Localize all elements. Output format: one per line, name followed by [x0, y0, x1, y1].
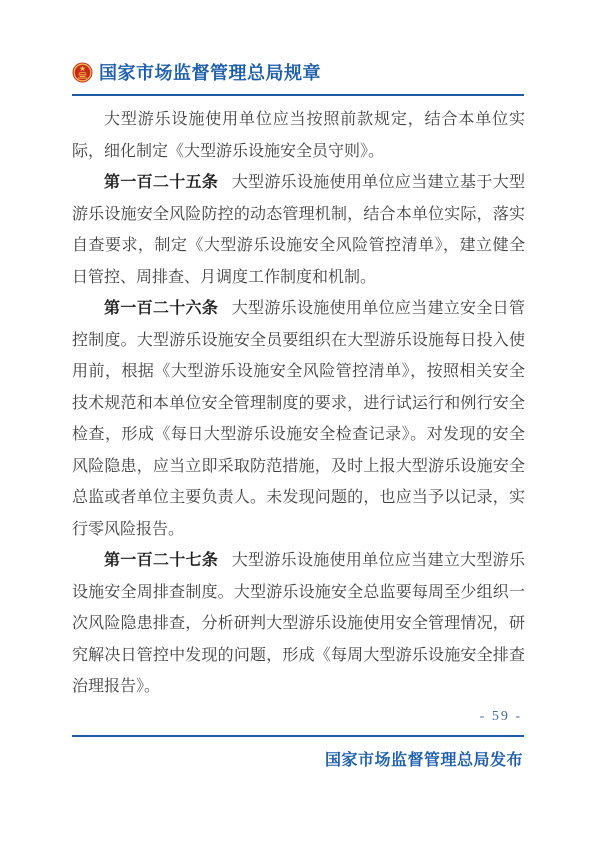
page-header: 国家市场监督管理总局规章	[72, 59, 525, 85]
article-number: 第一百二十五条	[104, 174, 218, 191]
paragraph-text: 大型游乐设施使用单位应当建立安全日管控制度。大型游乐设施安全员要组织在大型游乐设…	[72, 300, 525, 538]
paragraph: 大型游乐设施使用单位应当按照前款规定，结合本单位实际，细化制定《大型游乐设施安全…	[72, 104, 525, 167]
article-number: 第一百二十七条	[104, 552, 218, 569]
article-paragraph: 第一百二十七条大型游乐设施使用单位应当建立大型游乐设施安全周排查制度。大型游乐设…	[72, 545, 525, 703]
article-number: 第一百二十六条	[104, 300, 218, 317]
header-title: 国家市场监督管理总局规章	[99, 59, 321, 85]
footer-rule	[72, 735, 524, 737]
publisher-label: 国家市场监督管理总局发布	[325, 747, 523, 770]
national-emblem-icon	[72, 62, 93, 83]
document-body: 大型游乐设施使用单位应当按照前款规定，结合本单位实际，细化制定《大型游乐设施安全…	[72, 104, 525, 703]
header-rule	[72, 94, 524, 96]
document-page: 国家市场监督管理总局规章 大型游乐设施使用单位应当按照前款规定，结合本单位实际，…	[0, 0, 595, 842]
article-paragraph: 第一百二十五条大型游乐设施使用单位应当建立基于大型游乐设施安全风险防控的动态管理…	[72, 167, 525, 293]
paragraph-text: 大型游乐设施使用单位应当建立大型游乐设施安全周排查制度。大型游乐设施安全总监要每…	[72, 552, 525, 695]
article-paragraph: 第一百二十六条大型游乐设施使用单位应当建立安全日管控制度。大型游乐设施安全员要组…	[72, 293, 525, 545]
page-number: - 59 -	[480, 709, 522, 725]
paragraph-text: 大型游乐设施使用单位应当按照前款规定，结合本单位实际，细化制定《大型游乐设施安全…	[72, 111, 525, 160]
